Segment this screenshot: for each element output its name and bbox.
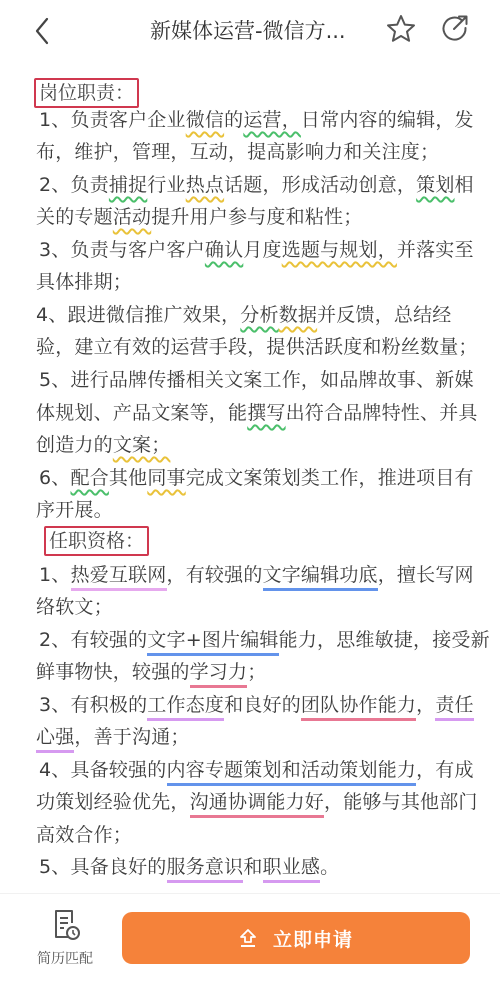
text-segment: ，能够与其他部门 [324, 791, 478, 813]
highlighted-text: 热爱互联网 [71, 564, 167, 591]
highlighted-text: 选题与规划， [282, 239, 397, 261]
text-line: 5、具备良好的服务意识和职业感。 [39, 852, 479, 882]
chevron-left-icon [28, 14, 58, 48]
text-segment: 话题，形成活动创意， [224, 174, 416, 196]
share-button[interactable] [438, 11, 472, 45]
apply-now-button[interactable]: 立即申请 [122, 912, 470, 964]
highlighted-text: 确认 [205, 239, 243, 261]
text-segment: ，有成 [416, 759, 474, 781]
text-line: 心强，善于沟通； [36, 722, 476, 752]
text-segment: ，有较强的 [167, 564, 263, 586]
text-line: 体规划、产品文案等，能撰写出符合品牌特性、并具 [36, 398, 476, 428]
text-segment: ； [247, 661, 266, 683]
highlighted-text: 同事 [147, 467, 185, 489]
apply-now-label: 立即申请 [273, 925, 353, 952]
star-icon [384, 12, 418, 46]
text-segment: 提升用户参与度和粘性； [151, 206, 362, 228]
highlighted-text: 学习力 [190, 661, 248, 688]
text-segment: 。 [320, 856, 339, 878]
text-segment: 完成文案策划类工作，推进项目有 [186, 467, 474, 489]
text-line: 3、有积极的工作态度和良好的团队协作能力，责任 [39, 690, 479, 720]
text-segment: 1、负责客户企业 [39, 109, 186, 131]
text-line: 1、负责客户企业微信的运营，日常内容的编辑，发 [39, 105, 479, 135]
highlighted-text: 文字编辑功底 [263, 564, 378, 591]
text-segment: ，善于沟通； [74, 726, 189, 748]
text-segment: 2、负责 [39, 174, 109, 196]
share-icon [438, 11, 472, 45]
back-button[interactable] [28, 14, 58, 48]
text-segment: 月度 [243, 239, 281, 261]
highlighted-text: 活动 [113, 206, 151, 228]
text-segment: 布，维护，管理，互动，提高影响力和关注度； [36, 141, 439, 163]
text-segment: 验，建立有效的运营手段，提供活跃度和粉丝数量； [36, 336, 478, 358]
text-line: 络软文； [36, 592, 476, 622]
highlighted-text: 撰写 [247, 402, 285, 424]
highlighted-text: 运营， [243, 109, 301, 131]
text-line: 关的专题活动提升用户参与度和粘性； [36, 202, 476, 232]
text-segment: 体规划、产品文案等，能 [36, 402, 247, 424]
text-segment: 鲜事物快，较强的 [36, 661, 190, 683]
bottom-action-bar: 简历匹配 立即申请 [0, 893, 500, 988]
text-line: 具体排期； [36, 267, 476, 297]
text-segment: 创造力的 [36, 434, 113, 456]
upload-icon [239, 928, 257, 948]
highlighted-text: 捕捉 [109, 174, 147, 196]
text-segment: ， [416, 694, 435, 716]
top-nav-bar: 新媒体运营-微信方... [0, 0, 500, 62]
text-segment: 和 [243, 856, 262, 878]
text-segment: 行业 [147, 174, 185, 196]
text-segment: 的 [224, 109, 243, 131]
highlighted-text: 热点 [186, 174, 224, 196]
highlighted-text: 沟通协调能力好 [190, 791, 324, 818]
text-segment: 序开展。 [36, 499, 113, 521]
text-segment: 并反馈，总结经 [317, 304, 451, 326]
text-line: 布，维护，管理，互动，提高影响力和关注度； [36, 137, 476, 167]
text-segment: 能力，思维敏捷，接受新 [279, 629, 490, 651]
highlighted-text: 文案； [113, 434, 171, 456]
text-segment: 3、有积极的 [39, 694, 147, 716]
text-line: 1、热爱互联网，有较强的文字编辑功底，擅长写网 [39, 560, 479, 590]
text-segment: 具体排期； [36, 271, 132, 293]
highlighted-text: 数据 [279, 304, 317, 326]
text-segment: 4、跟进微信推广效果， [36, 304, 240, 326]
text-line: 创造力的文案； [36, 430, 476, 460]
text-line: 6、配合其他同事完成文案策划类工作，推进项目有 [39, 463, 479, 493]
text-line: 功策划经验优先，沟通协调能力好，能够与其他部门 [36, 787, 476, 817]
resume-match-icon [52, 908, 80, 942]
text-segment: 络软文； [36, 596, 113, 618]
text-segment: ，擅长写网 [378, 564, 474, 586]
text-line: 验，建立有效的运营手段，提供活跃度和粉丝数量； [36, 332, 476, 362]
highlighted-text: 责任 [435, 694, 473, 721]
highlighted-text: 服务意识 [167, 856, 244, 883]
highlighted-text: 内容专题策划和活动策划能力 [167, 759, 417, 786]
text-segment: 功策划经验优先， [36, 791, 190, 813]
text-line: 序开展。 [36, 495, 476, 525]
text-segment: 其他 [109, 467, 147, 489]
text-segment: 和良好的 [224, 694, 301, 716]
text-line: 4、跟进微信推广效果，分析数据并反馈，总结经 [36, 300, 476, 330]
text-segment: 5、具备良好的 [39, 856, 167, 878]
text-segment: 相 [455, 174, 474, 196]
text-line: 2、负责捕捉行业热点话题，形成活动创意，策划相 [39, 170, 479, 200]
text-segment: 6、 [39, 467, 71, 489]
text-segment: 高效合作； [36, 824, 132, 846]
highlighted-text: 工作态度 [147, 694, 224, 721]
highlighted-text: 心强 [36, 726, 74, 753]
text-line: 5、进行品牌传播相关文案工作，如品牌故事、新媒 [39, 365, 479, 395]
highlighted-text: 配合 [71, 467, 109, 489]
text-line: 2、有较强的文字+图片编辑能力，思维敏捷，接受新 [39, 625, 479, 655]
text-line: 鲜事物快，较强的学习力； [36, 657, 476, 687]
favorite-button[interactable] [384, 12, 418, 46]
text-segment: 日常内容的编辑，发 [301, 109, 474, 131]
highlighted-text: 微信 [186, 109, 224, 131]
text-segment: 1、 [39, 564, 71, 586]
highlighted-text: 团队协作能力 [301, 694, 416, 721]
text-segment: 3、负责与客户客户 [39, 239, 205, 261]
text-segment: 出符合品牌特性、并具 [286, 402, 478, 424]
highlighted-text: 策划 [416, 174, 454, 196]
qualifications-heading: 任职资格： [44, 526, 149, 556]
text-segment: 5、进行品牌传播相关文案工作，如品牌故事、新媒 [39, 369, 474, 391]
text-segment: 关的专题 [36, 206, 113, 228]
job-description: 岗位职责： 1、负责客户企业微信的运营，日常内容的编辑，发布，维护，管理，互动，… [0, 62, 500, 892]
text-line: 高效合作； [36, 820, 476, 850]
text-line: 4、具备较强的内容专题策划和活动策划能力，有成 [39, 755, 479, 785]
responsibilities-heading: 岗位职责： [34, 78, 139, 108]
highlighted-text: 分析 [240, 304, 278, 326]
resume-match-label: 简历匹配 [30, 948, 100, 968]
text-segment: 2、有较强的 [39, 629, 147, 651]
resume-match-button[interactable]: 简历匹配 [30, 908, 100, 974]
text-segment: 并落实至 [397, 239, 474, 261]
text-segment: 4、具备较强的 [39, 759, 167, 781]
text-line: 3、负责与客户客户确认月度选题与规划，并落实至 [39, 235, 479, 265]
highlighted-text: 职业感 [263, 856, 321, 883]
page-title: 新媒体运营-微信方... [150, 16, 360, 46]
highlighted-text: 文字+图片编辑 [147, 629, 278, 656]
